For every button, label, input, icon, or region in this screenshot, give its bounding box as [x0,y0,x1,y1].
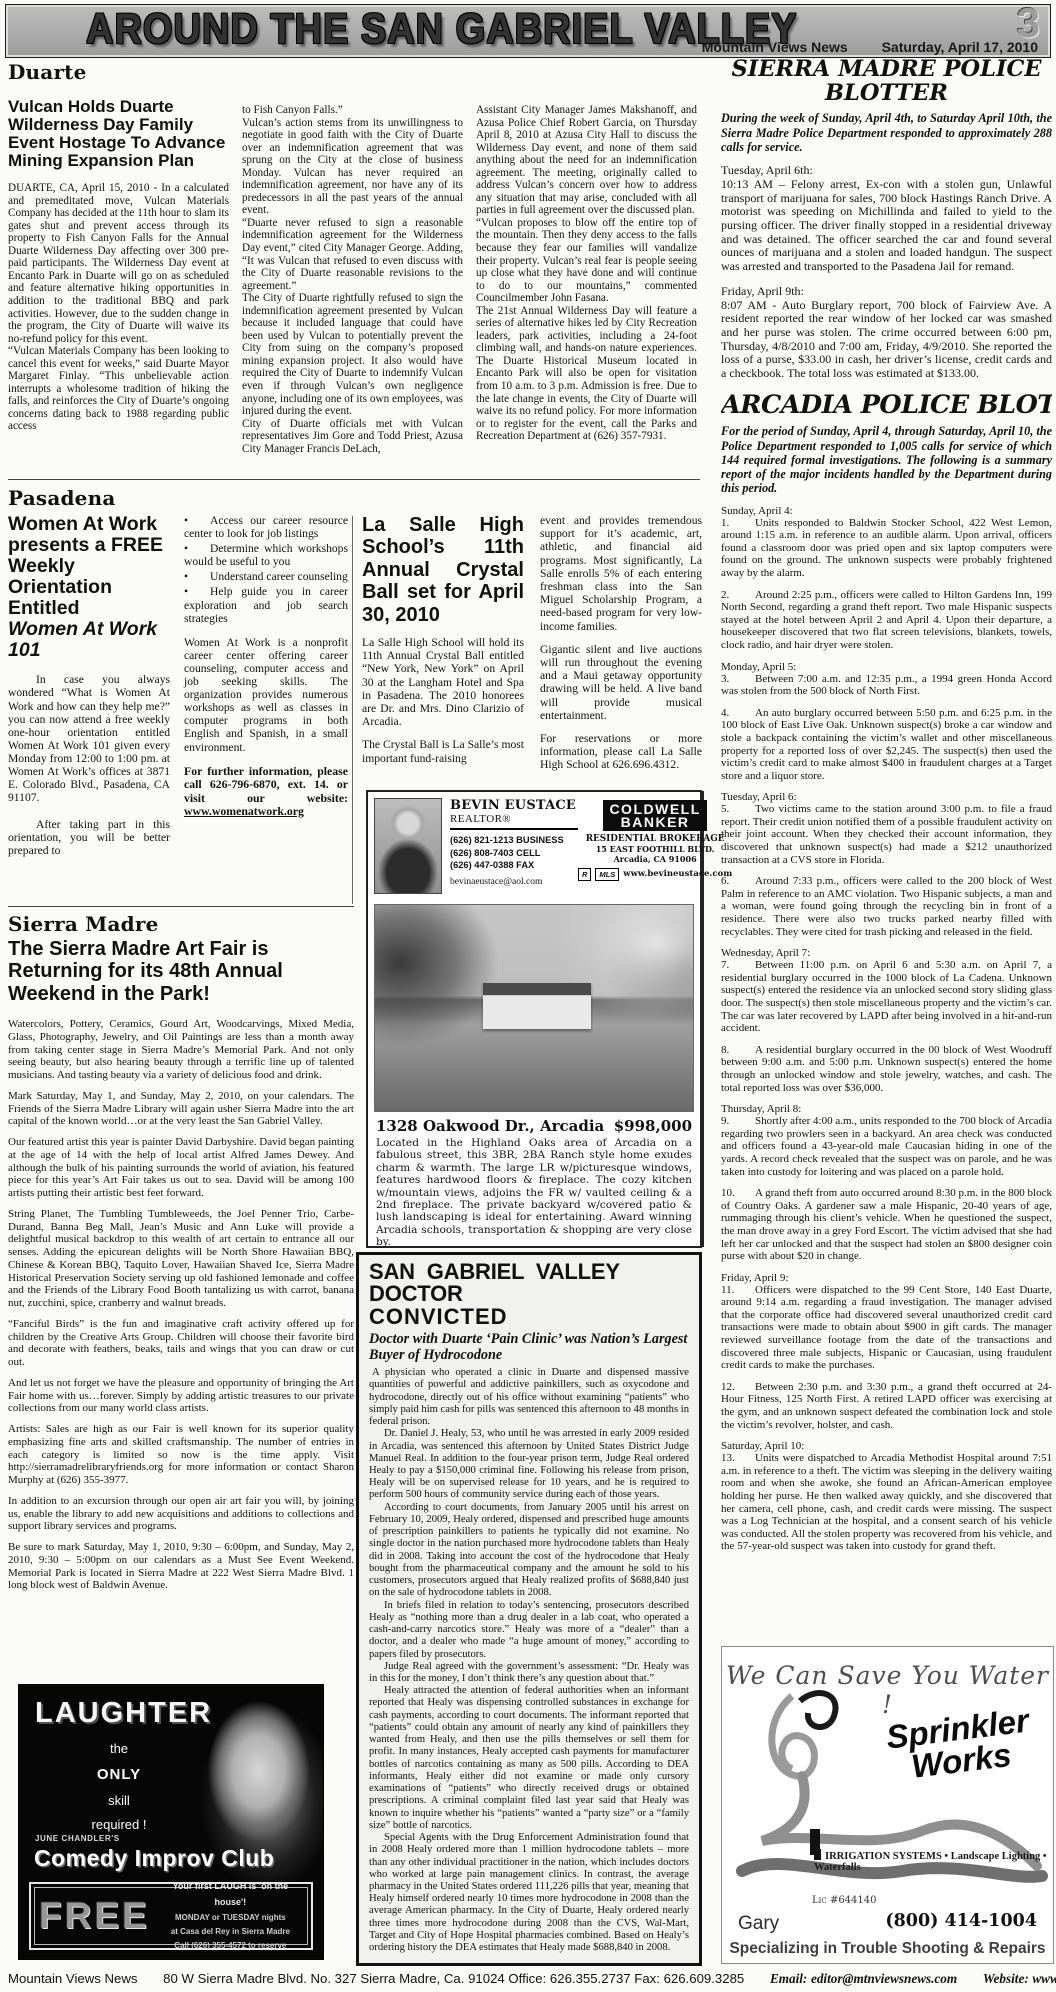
entry-text: 8.A residential burglary occurred in the… [721,1044,1052,1094]
entry-text: •Help guide you in career exploration an… [184,585,348,624]
paragraph: Vulcan’s action stems from its unwilling… [242,117,463,217]
paragraph: Women At Work is a nonprofit career cent… [184,636,348,754]
brokerage-address-2: Arcadia, CA 91006 [578,854,732,864]
entry-date-label: Thursday, April 8: [721,1103,1052,1115]
paragraph: event and provides tremendous support fo… [540,514,702,633]
article-text: In case you always wondered “What is Wom… [8,673,170,857]
paragraph: The 21st Annual Wilderness Day will feat… [476,305,697,443]
entry-number: • [184,542,210,555]
paragraph: Assistant City Manager James Makshanoff,… [476,104,697,217]
publication-name: Mountain Views News [702,39,848,55]
article-text: Assistant City Manager James Makshanoff,… [476,90,697,443]
arcadia-blotter-entries: Sunday, April 4:1.Units responded to Bal… [721,505,1052,1553]
paragraph: Watercolors, Pottery, Ceramics, Gourd Ar… [8,1018,354,1082]
ad-headline: LAUGHTER [35,1697,212,1730]
paragraph: Artists: Sales are high as our Fair is w… [8,1423,354,1487]
bullet-list: •Access our career resource center to lo… [184,514,348,625]
smpd-blotter-intro: During the week of Sunday, April 4th, to… [721,111,1052,154]
paragraph: A physician who operated a clinic in Dua… [369,1367,689,1428]
paragraph: The Crystal Ball is La Salle’s most impo… [362,738,524,764]
realtor-title: REALTOR® [450,813,578,825]
entry-number: 8. [721,1044,755,1057]
entry-text: •Determine which workshops would be usef… [184,542,348,568]
entry-date-label: Tuesday, April 6: [721,791,1052,803]
contact-name: Gary [738,1913,779,1935]
footer-email: editor@mtnviewsnews.com [811,1971,957,1986]
license-number: Lic #644140 [812,1895,877,1906]
offer-box: FREE Your first LAUGH is 'on the house'!… [29,1882,313,1950]
offer-line: MONDAY or TUESDAY nights [158,1911,303,1925]
phone-business: (626) 821-1213 BUSINESS [450,834,578,847]
police-blotter-column: SIERRA MADRE POLICE BLOTTER During the w… [721,58,1052,1642]
slogan-line: the [71,1737,167,1761]
realtor-name: BEVIN EUSTACE [450,798,578,813]
slogan-line: ONLY [71,1761,167,1789]
entry-text: 13.Units were dispatched to Arcadia Meth… [721,1452,1052,1553]
article-column-2: to Fish Canyon Falls.”Vulcan’s action st… [242,90,463,470]
free-label: FREE [39,1895,150,1937]
brokerage-name: RESIDENTIAL BROKERAGE [578,834,732,844]
article-column-2: •Access our career resource center to lo… [184,514,348,906]
section-label-pasadena: Pasadena [8,486,116,510]
entry-date-label: Tuesday, April 6th: [721,163,1052,178]
contact-info: For further information, please call 626… [184,765,348,819]
section-label-duarte: Duarte [8,60,87,84]
entry-number: • [184,514,210,527]
paragraph: For reservations or more information, pl… [540,732,702,772]
listing-description: Located in the Highland Oaks area of Arc… [374,1137,694,1249]
article-column-1: Vulcan Holds Duarte Wilderness Day Famil… [8,90,229,470]
paragraph: Our featured artist this year is painter… [8,1136,354,1200]
entry-text: 8:07 AM - Auto Burglary report, 700 bloc… [721,299,1052,381]
article-text: to Fish Canyon Falls.”Vulcan’s action st… [242,90,463,455]
entry-text: 7.Between 11:00 p.m. on April 6 and 5:30… [721,959,1052,1035]
article-art-fair-text: Watercolors, Pottery, Ceramics, Gourd Ar… [8,1018,354,1670]
realtor-contact-block: BEVIN EUSTACE REALTOR® (626) 821-1213 BU… [450,798,578,900]
paragraph: In briefs filed in relation to today’s s… [369,1600,689,1661]
entry-number: 13. [721,1452,755,1465]
offer-line: Your first LAUGH is 'on the house'! [158,1879,303,1911]
article-women-at-work: Women At Work presents a FREE Weekly Ori… [8,514,348,906]
logo-row: R MLS www.bevineustace.com [578,868,732,881]
paragraph: Judge Real agreed with the government’s … [369,1661,689,1685]
smpd-blotter-title: SIERRA MADRE POLICE BLOTTER [721,58,1052,105]
paragraph: “Duarte never refused to sign a reasonab… [242,217,463,292]
paragraph: Healy attracted the attention of federal… [369,1685,689,1832]
article-headline-line2: CONVICTED [369,1306,689,1328]
listing-address: 1328 Oakwood Dr., Arcadia [376,1117,604,1135]
realtor-website: www.bevineustace.com [623,869,732,879]
masthead-meta: Mountain Views News Saturday, April 17, … [672,39,1038,55]
entry-date-label: Monday, April 5: [721,661,1052,673]
paragraph: In addition to an excursion through our … [8,1495,354,1533]
entry-date-label: Saturday, April 10: [721,1440,1052,1452]
entry-number: 10. [721,1187,755,1200]
article-subhead: Doctor with Duarte ‘Pain Clinic’ was Nat… [369,1332,689,1364]
paragraph: The City of Duarte rightfully refused to… [242,292,463,417]
paragraph: According to court documents, from Janua… [369,1502,689,1600]
paragraph: In case you always wondered “What is Wom… [8,673,170,804]
entry-text: •Understand career counseling [184,570,348,583]
paragraph: After taking part in this orientation, y… [8,818,170,857]
entry-number: 4. [721,707,755,720]
club-name: Comedy Improv Club [34,1845,274,1872]
article-column-2: event and provides tremendous support fo… [540,514,702,782]
brokerage-address-1: 15 EAST FOOTHILL BLVD. [578,844,732,854]
entry-number: 1. [721,517,755,530]
realtor-r-icon: R [578,868,591,881]
realtor-ad-header: BEVIN EUSTACE REALTOR® (626) 821-1213 BU… [374,798,694,900]
article-column-1: Women At Work presents a FREE Weekly Ori… [8,514,170,906]
article-text: event and provides tremendous support fo… [540,514,702,772]
section-label-sierra-madre: Sierra Madre [8,912,159,936]
paragraph: Be sure to mark Saturday, May 1, 2010, 9… [8,1541,354,1592]
phone-fax: (626) 447-0388 FAX [450,859,578,872]
article-vulcan-wilderness: Vulcan Holds Duarte Wilderness Day Famil… [8,90,698,470]
article-headline: Vulcan Holds Duarte Wilderness Day Famil… [8,98,229,170]
paragraph: DUARTE, CA, April 15, 2010 - In a calcul… [8,182,229,345]
column-divider [352,516,353,904]
article-headline: Women At Work presents a FREE Weekly Ori… [8,514,170,661]
divider [450,828,578,830]
entry-text: 1.Units responded to Baldwin Stocker Sch… [721,517,1052,580]
paragraph: Special Agents with the Drug Enforcement… [369,1832,689,1954]
article-doctor-convicted: SAN GABRIEL VALLEY DOCTOR CONVICTED Doct… [356,1252,702,1966]
phone-cell: (626) 808-7403 CELL [450,847,578,860]
entry-text: 11.Officers were dispatched to the 99 Ce… [721,1284,1052,1372]
entry-number: 11. [721,1284,755,1297]
footer-email-label: Email: [770,1971,807,1986]
offer-line: Call (626) 355-4572 to reserve [158,1939,303,1953]
ad-tagline: Specializing in Trouble Shooting & Repai… [722,1940,1053,1958]
paragraph: “Fanciful Birds” is the fun and imaginat… [8,1318,354,1369]
footer-address: 80 W Sierra Madre Blvd. No. 327 Sierra M… [163,1971,744,1986]
mls-icon: MLS [595,868,619,881]
entry-number: 12. [721,1381,755,1394]
paragraph: String Planet, The Tumbling Tumbleweeds,… [8,1208,354,1310]
entry-date-label: Friday, April 9th: [721,284,1052,299]
paragraph: Dr. Daniel J. Healy, 53, who until he wa… [369,1428,689,1501]
realtor-ad: BEVIN EUSTACE REALTOR® (626) 821-1213 BU… [366,790,702,1248]
comedy-club-ad: LAUGHTER the ONLY skill required ! JUNE … [18,1684,324,1960]
brand-line-2: BANKER [603,816,707,829]
listing-price: $998,000 [614,1117,692,1135]
article-la-salle-crystal-ball: La Salle High School’s 11th Annual Cryst… [362,514,702,782]
entry-date-label: Friday, April 9: [721,1272,1052,1284]
section-divider [8,479,700,480]
entry-number: 3. [721,673,755,686]
arcadia-blotter-title: ARCADIA POLICE BLOTTER [721,393,1052,419]
entry-text: 10.A grand theft from auto occurred arou… [721,1187,1052,1263]
services-line: IRRIGATION SYSTEMS • Landscape Lighting … [814,1849,1053,1873]
house-photo [374,904,694,1112]
paragraph: Mark Saturday, May 1, and Sunday, May 2,… [8,1090,354,1128]
headline-main: Women At Work presents a FREE Weekly Ori… [8,514,163,619]
article-text: DUARTE, CA, April 15, 2010 - In a calcul… [8,182,229,433]
slogan-line: skill [71,1789,167,1813]
offer-details: Your first LAUGH is 'on the house'! MOND… [158,1879,303,1953]
entry-text: •Access our career resource center to lo… [184,514,348,540]
article-headline: The Sierra Madre Art Fair is Returning f… [8,938,354,1005]
paragraph: La Salle High School will hold its 11th … [362,636,524,728]
paragraph: City of Duarte officials met with Vulcan… [242,418,463,456]
entry-text: 3.Between 7:00 a.m. and 12:35 p.m., a 19… [721,673,1052,698]
realtor-phones: (626) 821-1213 BUSINESS (626) 808-7403 C… [450,834,578,872]
arcadia-blotter-intro: For the period of Sunday, April 4, throu… [721,424,1052,495]
offer-line: at Casa del Rey in Sierra Madre [158,1925,303,1939]
entry-date-label: Wednesday, April 7: [721,947,1052,959]
entry-text: 2.Around 2:25 p.m., officers were called… [721,589,1052,652]
ad-slogan: the ONLY skill required ! [71,1737,167,1837]
realtor-headshot-photo [374,798,442,894]
entry-number: 2. [721,589,755,602]
headline-italic: Women At Work 101 [8,618,157,661]
paragraph: Gigantic silent and live auctions will r… [540,643,702,722]
entry-text: 9.Shortly after 4:00 a.m., units respond… [721,1115,1052,1178]
entry-text: 5.Two victims came to the station around… [721,803,1052,866]
entry-number: 9. [721,1115,755,1128]
issue-date: Saturday, April 17, 2010 [882,39,1038,55]
ad-phone: (800) 414-1004 [885,1911,1037,1931]
entry-number: 5. [721,803,755,816]
entry-number: 7. [721,959,755,972]
sprinkler-works-ad: We Can Save You Water ! Sprinkler Works … [721,1646,1054,1964]
article-column-3: Assistant City Manager James Makshanoff,… [476,90,697,470]
entry-number: • [184,585,210,598]
smpd-blotter-entries: Tuesday, April 6th:10:13 AM – Felony arr… [721,163,1052,381]
footer-website: www.mtnviewsnews.com [1032,1971,1056,1986]
brokerage-block: COLDWELL BANKER RESIDENTIAL BROKERAGE 15… [578,798,732,900]
realtor-email: bevinaeustace@aol.com [450,877,578,887]
section-divider [8,906,354,907]
page-footer: Mountain Views News 80 W Sierra Madre Bl… [8,1971,1052,1987]
paragraph: “Vulcan Materials Company has been looki… [8,345,229,433]
article-text: A physician who operated a clinic in Dua… [369,1367,689,1954]
article-text: La Salle High School will hold its 11th … [362,636,524,765]
entry-text: 12.Between 2:30 p.m. and 3:30 p.m., a gr… [721,1381,1052,1431]
paragraph: And let us not forget we have the pleasu… [8,1377,354,1415]
entry-text: 4.An auto burglary occurred between 5:50… [721,707,1052,783]
entry-number: • [184,570,210,583]
footer-publication: Mountain Views News [8,1971,138,1986]
coldwell-banker-logo: COLDWELL BANKER [603,800,707,831]
entry-number: 6. [721,875,755,888]
website-link: www.womenatwork.org [184,804,304,818]
paragraph: to Fish Canyon Falls.” [242,104,463,117]
contact-text: For further information, please call 626… [184,764,348,805]
entry-date-label: Sunday, April 4: [721,505,1052,517]
masthead: AROUND THE SAN GABRIEL VALLEY 3 Mountain… [5,4,1051,58]
article-headline: La Salle High School’s 11th Annual Cryst… [362,514,524,626]
footer-website-label: Website: [983,1971,1029,1986]
newspaper-page: AROUND THE SAN GABRIEL VALLEY 3 Mountain… [0,0,1056,1992]
listing-header: 1328 Oakwood Dr., Arcadia $998,000 [376,1117,692,1135]
article-column-1: La Salle High School’s 11th Annual Cryst… [362,514,524,782]
paragraph: “Vulcan proposes to blow off the entire … [476,217,697,305]
entry-text: 6.Around 7:33 p.m., officers were called… [721,875,1052,938]
article-headline-line1: SAN GABRIEL VALLEY DOCTOR [369,1261,689,1306]
entry-text: 10:13 AM – Felony arrest, Ex-con with a … [721,178,1052,274]
presenter-name: JUNE CHANDLER'S [35,1834,120,1843]
